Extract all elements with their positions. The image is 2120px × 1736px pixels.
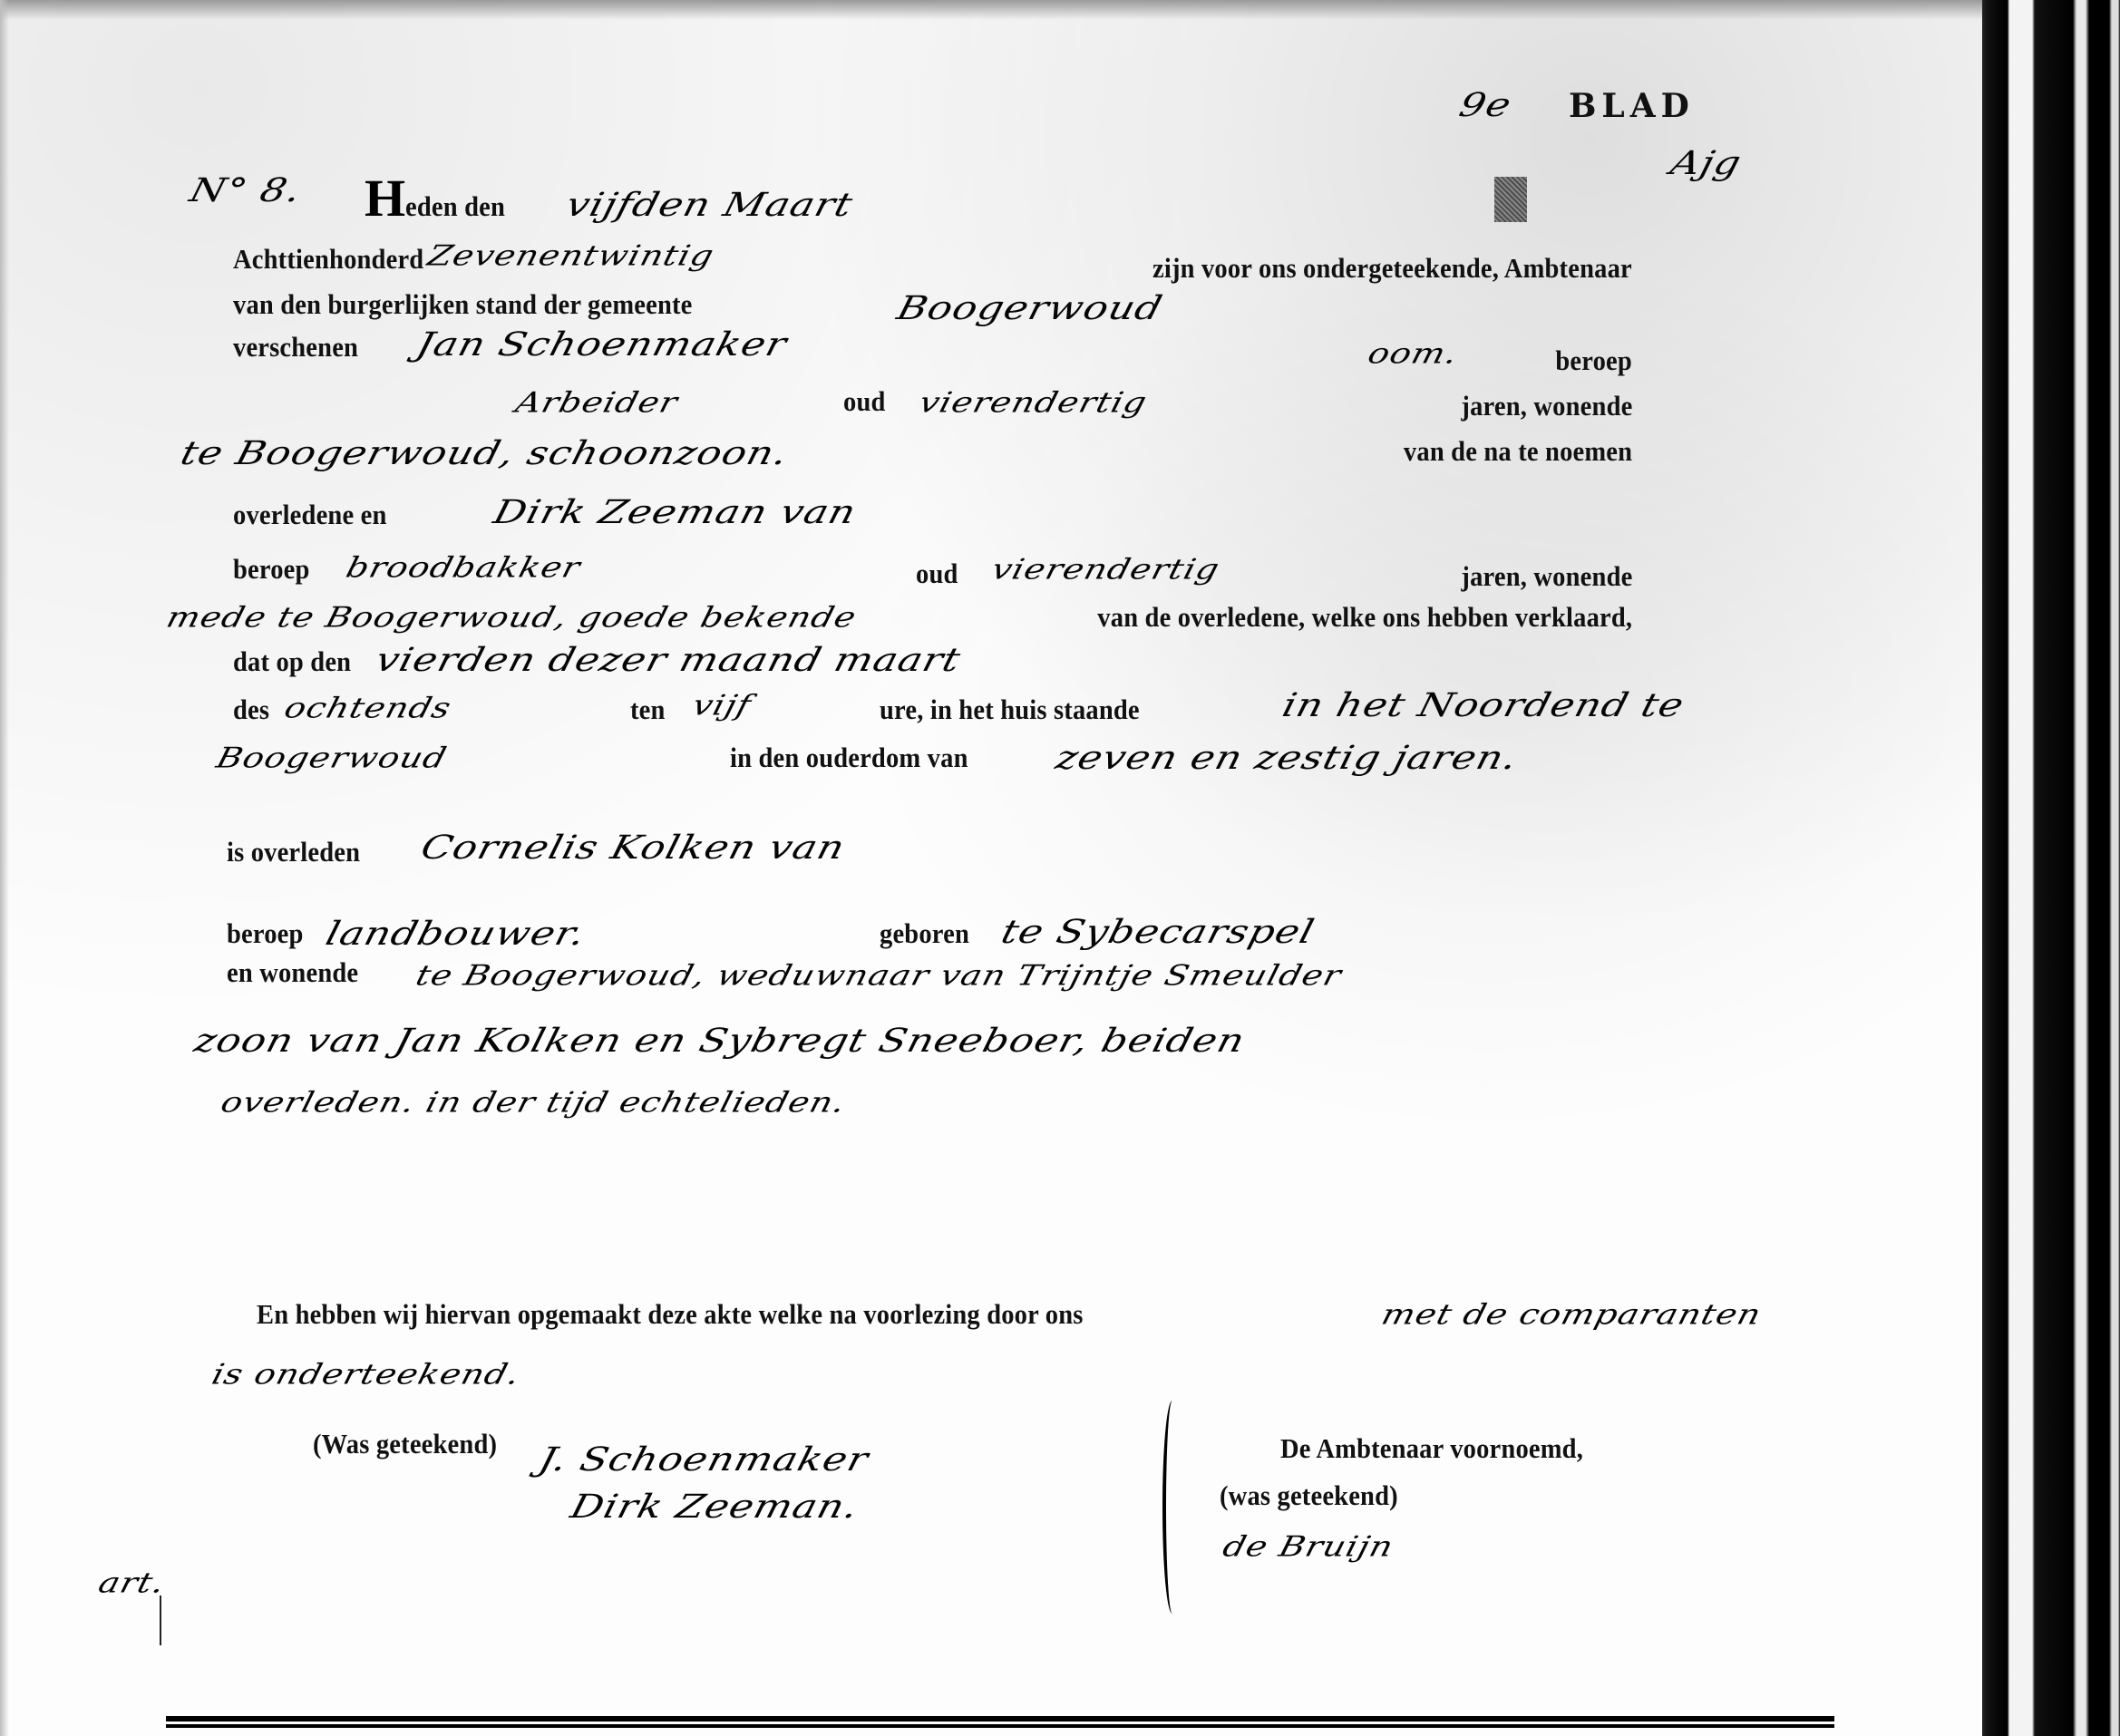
entry-number: N° 8. — [186, 171, 306, 209]
line-4-printed: verschenen — [233, 331, 358, 364]
line-9-printed-right: van de overledene, welke ons hebben verk… — [1097, 601, 1632, 634]
line-4-printed-right: beroep — [1555, 344, 1632, 377]
line-13-printed: is overleden — [227, 836, 360, 868]
line-14-printed: beroep — [227, 917, 304, 950]
line-10-printed: dat op den — [233, 645, 351, 678]
corner-initials: Ajg — [1667, 144, 1746, 182]
sheet-label: BLAD — [1569, 87, 1695, 125]
line-14-printed-mid: geboren — [880, 917, 969, 950]
declarant-2-name: Dirk Zeeman van — [490, 493, 861, 531]
bottom-rule-top — [166, 1716, 1834, 1721]
declarant-2-residence: mede te Boogerwoud, goede bekende — [163, 601, 860, 634]
date-year: Zevenentwintig — [424, 239, 717, 272]
place-of-death-town: Boogerwoud — [213, 742, 451, 774]
line-12-printed-mid: in den ouderdom van — [730, 742, 968, 774]
line-6-printed-right: van de na te noemen — [1404, 435, 1632, 468]
signature-schoenmaker: J. Schoenmaker — [535, 1440, 872, 1479]
initial-capital-h: H — [365, 172, 405, 225]
line-15-printed: en wonende — [227, 956, 358, 989]
official-signature: de Bruijn — [1220, 1530, 1397, 1563]
line-7-printed: overledene en — [233, 499, 387, 531]
date-of-death: vierden dezer maand maart — [372, 641, 965, 679]
line-11-printed-mid-2: ure, in het huis staande — [880, 693, 1140, 726]
hour: vijf — [689, 689, 754, 722]
line-8-printed-mid: oud — [916, 558, 958, 590]
line-3-printed: van den burgerlijken stand der gemeente — [233, 288, 693, 321]
signature-divider-brace — [1162, 1401, 1179, 1614]
declarant-1-occupation: Arbeider — [512, 386, 682, 419]
was-signed-label-left: (Was geteekend) — [313, 1428, 497, 1460]
age-of-deceased: zeven en zestig jaren. — [1052, 739, 1522, 777]
was-signed-label-right: (was geteekend) — [1220, 1479, 1398, 1512]
sheet-number: 9e — [1455, 86, 1515, 124]
deceased-parents: zoon van Jan Kolken en Sybregt Sneeboer,… — [190, 1022, 1249, 1060]
page-top-shadow — [0, 0, 1986, 20]
declarant-2-occupation: broodbakker — [343, 551, 584, 584]
deceased-residence-status: te Boogerwoud, weduwnaar van Trijntje Sm… — [413, 959, 1346, 992]
register-page: 9e BLAD Ajg N° 8. H eden den vijfden Maa… — [0, 0, 1986, 1736]
official-title: De Ambtenaar voornoemd, — [1280, 1432, 1583, 1465]
municipality: Boogerwoud — [893, 289, 1167, 327]
date-day-month: vijfden Maart — [562, 186, 857, 224]
deceased-birthplace: te Sybecarspel — [997, 913, 1318, 951]
line-8-printed-right: jaren, wonende — [1461, 560, 1632, 593]
margin-note: art. — [95, 1566, 169, 1599]
line-1-printed-text: eden den — [405, 190, 505, 222]
parents-status: overleden. in der tijd echtelieden. — [218, 1086, 850, 1119]
page-left-shadow — [0, 0, 9, 1736]
line-11-printed-mid: ten — [630, 693, 666, 726]
book-binding-edge — [1982, 0, 2120, 1736]
margin-tick-mark — [160, 1595, 161, 1645]
line-1-printed: eden den — [405, 190, 505, 223]
closing-handwritten-2: is onderteekend. — [209, 1358, 524, 1391]
line-11-printed: des — [233, 693, 269, 726]
time-of-day: ochtends — [281, 692, 455, 724]
place-of-death: in het Noordend te — [1279, 686, 1688, 724]
line-5-printed-mid: oud — [843, 385, 886, 418]
declarant-2-age: vierendertig — [988, 553, 1223, 586]
signature-zeeman: Dirk Zeeman. — [567, 1488, 862, 1526]
line-2-printed-right: zijn voor ons ondergeteekende, Ambtenaar — [1152, 252, 1632, 285]
line-5-printed-right: jaren, wonende — [1461, 390, 1632, 422]
line-8-printed: beroep — [233, 553, 310, 586]
bottom-rule-bottom — [166, 1724, 1834, 1728]
declarant-1-name: Jan Schoenmaker — [413, 325, 791, 364]
line-2-printed: Achttienhonderd — [233, 243, 423, 276]
declarant-1-age: vierendertig — [916, 386, 1151, 419]
closing-handwritten: met de comparanten — [1378, 1298, 1765, 1331]
declarant-1-residence: te Boogerwoud, schoonzoon. — [177, 434, 793, 472]
deceased-name: Cornelis Kolken van — [417, 829, 849, 867]
deceased-occupation: landbouwer. — [322, 915, 589, 953]
closing-printed: En hebben wij hiervan opgemaakt deze akt… — [257, 1298, 1084, 1331]
declarant-1-relation: oom. — [1365, 337, 1462, 370]
faded-stamp-mark — [1494, 177, 1527, 222]
